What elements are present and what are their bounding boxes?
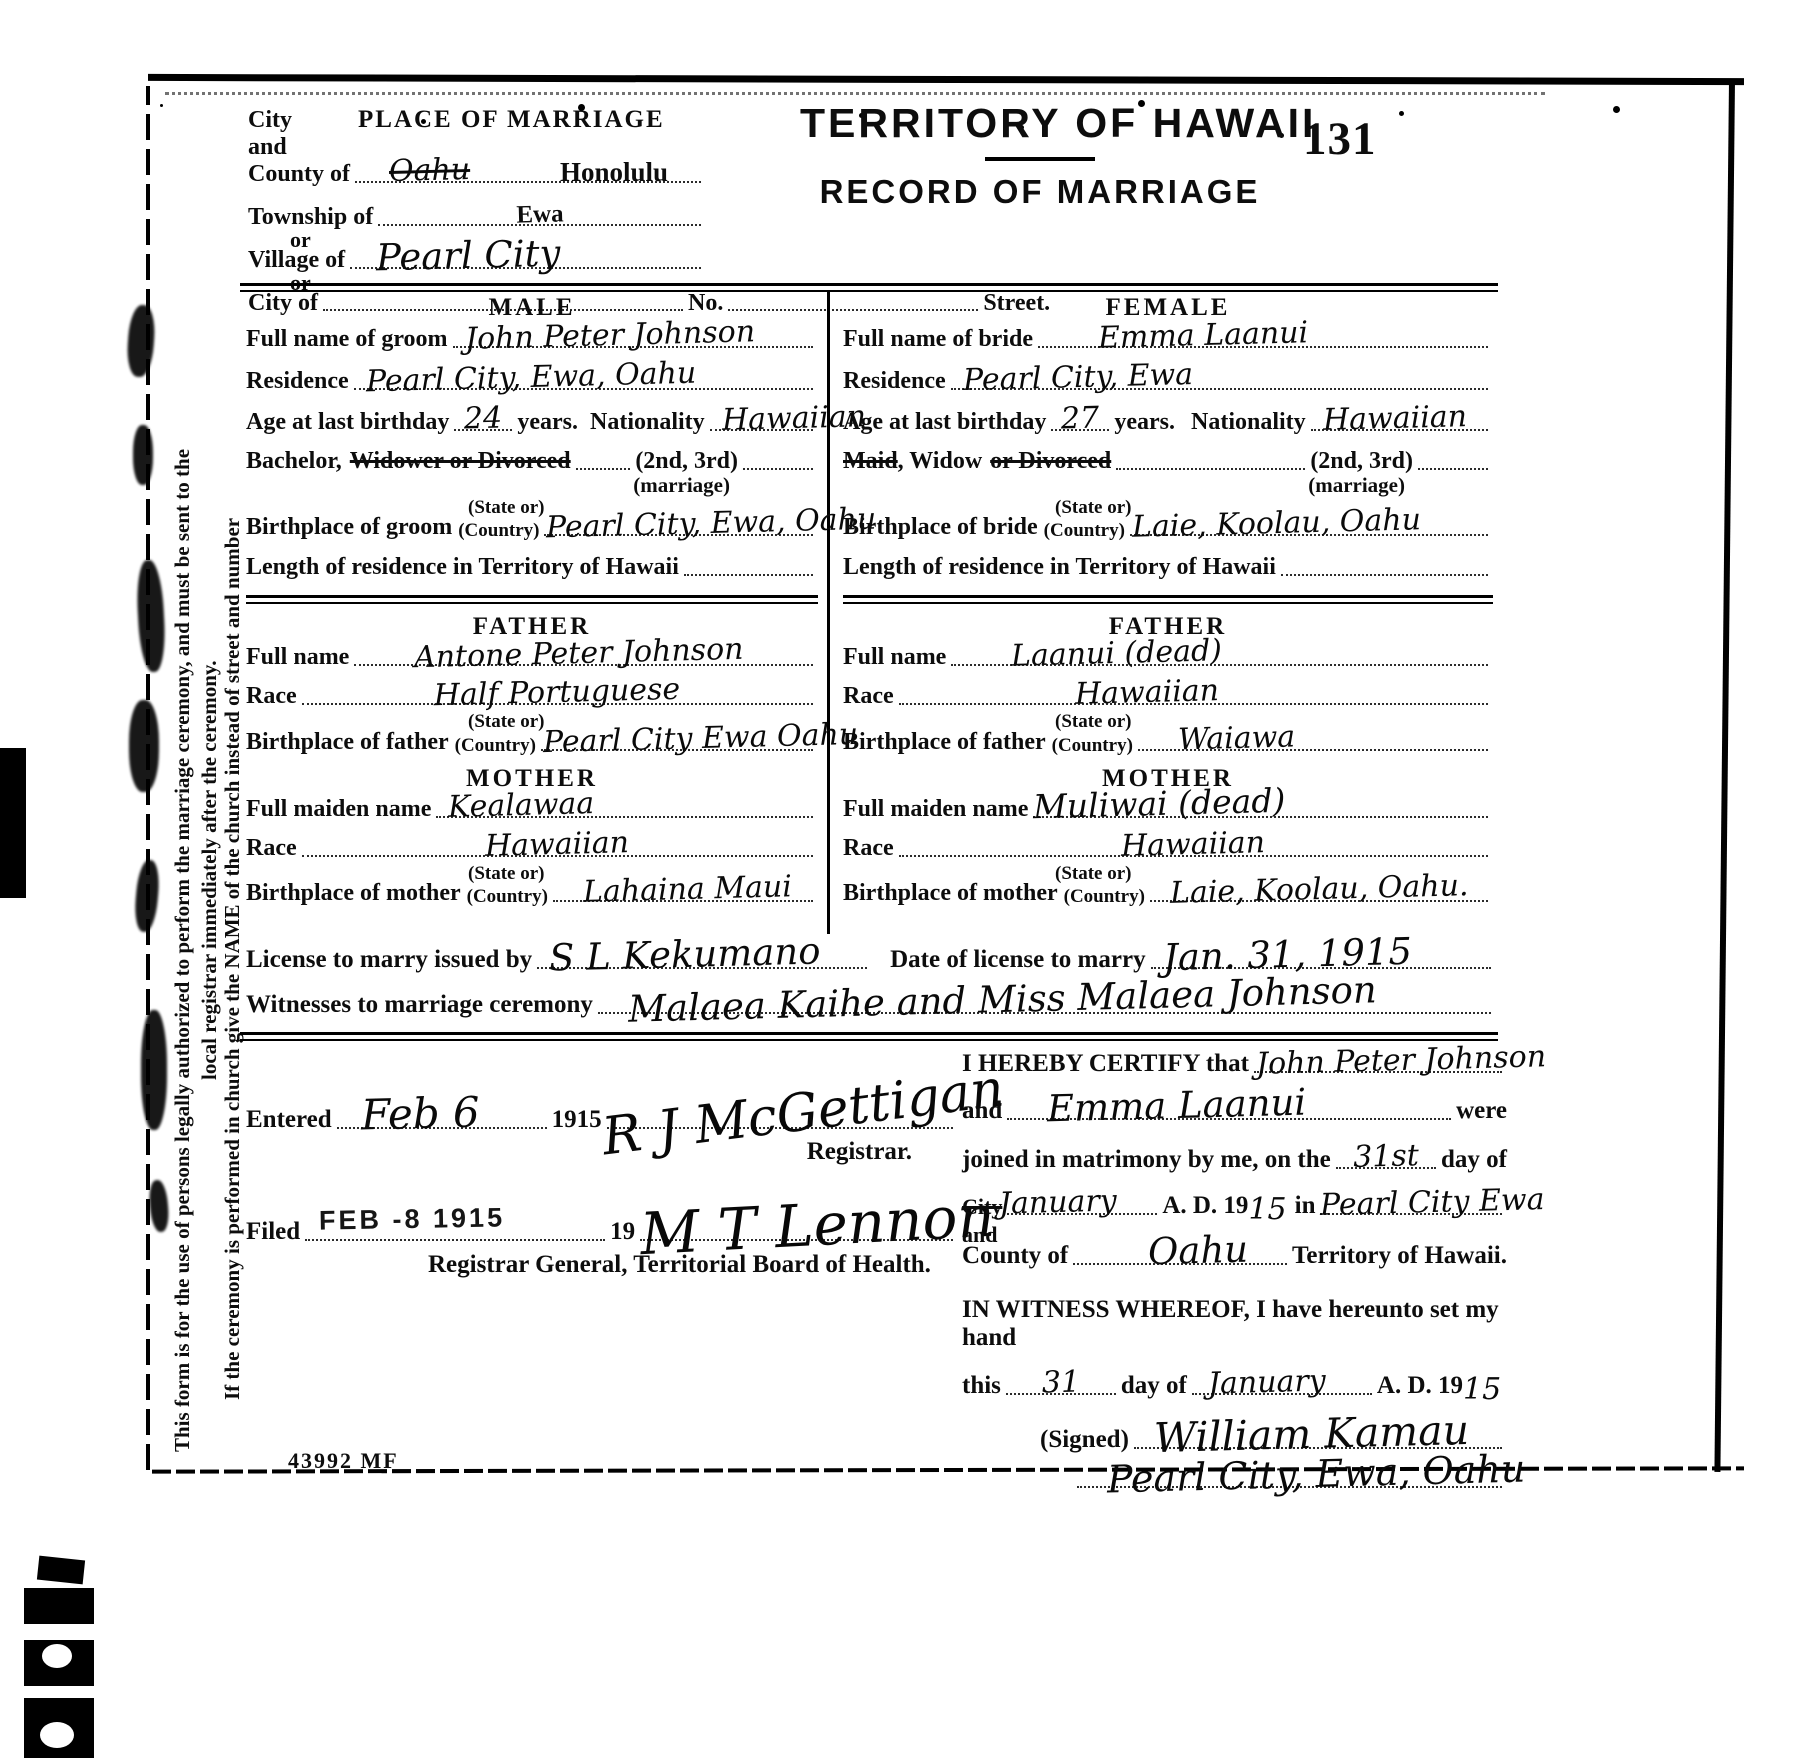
bride-father-name-handwriting: Laanui (dead) xyxy=(1011,633,1223,674)
record-title: RECORD OF MARRIAGE xyxy=(800,173,1280,211)
county-value: Honolulu xyxy=(560,157,668,188)
bride-father-race-line: Hawaiian xyxy=(899,695,1488,705)
witnesses-label: Witnesses to marriage ceremony xyxy=(246,991,593,1019)
county-line: Oahu Honolulu xyxy=(355,173,701,183)
column-divider xyxy=(827,292,830,934)
bride-status-struck1: Maid xyxy=(843,448,898,475)
this-month-handwriting: January xyxy=(1207,1363,1326,1401)
scanned-marriage-certificate: This form is for the use of persons lega… xyxy=(0,0,1808,1760)
this-year-handwriting: 15 xyxy=(1463,1372,1501,1407)
country-label: (Country) xyxy=(1044,521,1125,541)
entered-signature-line: R J McGettigan xyxy=(607,1119,953,1129)
county-handwriting: Oahu xyxy=(1148,1228,1249,1274)
groom-name-handwriting: John Peter Johnson xyxy=(464,314,755,357)
bride-mother-race-label: Race xyxy=(843,835,894,862)
country-label: (Country) xyxy=(458,521,539,541)
license-issued-label: License to marry issued by xyxy=(246,946,532,974)
ink-smudge xyxy=(133,425,153,485)
bride-father-birthplace-line: Waiawa xyxy=(1138,741,1488,751)
entered-date-handwriting: Feb 6 xyxy=(360,1087,480,1139)
bride-residence-line: Pearl City, Ewa xyxy=(951,380,1488,390)
side-instruction-line1: This form is for the use of persons lega… xyxy=(170,449,195,1452)
certificate-number: 131 xyxy=(1303,112,1377,166)
groom-mother-name-line: Kealawaa xyxy=(436,808,813,818)
entered-label: Entered xyxy=(246,1106,332,1134)
bride-column: FEMALE Full name of bride Emma Laanui Re… xyxy=(843,294,1493,907)
groom-status-kept: Bachelor, xyxy=(246,448,342,475)
bride-mother-name-line: Muliwai (dead) xyxy=(1033,808,1488,818)
joined-day-line: 31st xyxy=(1336,1159,1436,1169)
license-date-line: Jan. 31, 1915 xyxy=(1151,959,1491,969)
filed-label: Filed xyxy=(246,1218,300,1246)
certify-groom-handwriting: John Peter Johnson xyxy=(1255,1039,1546,1082)
groom-age-line: 24 xyxy=(454,421,512,431)
ordinal-label: (2nd, 3rd) xyxy=(1310,448,1413,475)
entered-date-line: Feb 6 xyxy=(337,1119,547,1129)
groom-mother-race-line: Hawaiian xyxy=(302,847,813,857)
certify-and-label: and xyxy=(962,1097,1002,1125)
bride-father-birthplace-label: Birthplace of father xyxy=(843,729,1046,756)
day-of-label: day of xyxy=(1121,1372,1187,1400)
groom-father-name-handwriting: Antone Peter Johnson xyxy=(414,632,744,676)
bride-father-birthplace-handwriting: Waiawa xyxy=(1177,719,1295,757)
groom-mother-birthplace-label: Birthplace of mother xyxy=(246,880,461,907)
country-label: (Country) xyxy=(455,736,536,756)
groom-father-name-label: Full name xyxy=(246,644,349,671)
bride-mother-birthplace-handwriting: Laie, Koolau, Oahu. xyxy=(1169,868,1468,911)
ad-label: A. D. 19 xyxy=(1377,1372,1463,1400)
bride-birthplace-handwriting: Laie, Koolau, Oahu xyxy=(1132,503,1422,546)
signature-line: William Kamau xyxy=(1134,1439,1502,1449)
entered-year: 1915 xyxy=(552,1106,602,1134)
groom-father-birthplace-line: Pearl City Ewa Oahu xyxy=(541,741,813,751)
ink-smudge xyxy=(129,700,159,792)
territory-label: Territory of Hawaii. xyxy=(1292,1242,1507,1270)
groom-name-label: Full name of groom xyxy=(246,326,448,353)
county-line: Oahu xyxy=(1073,1255,1287,1265)
bride-mother-race-handwriting: Hawaiian xyxy=(1121,825,1266,864)
month-handwriting: January xyxy=(999,1183,1118,1221)
year-handwriting: 15 xyxy=(1248,1192,1286,1227)
filed-date-line: FEB -8 1915 xyxy=(305,1231,605,1241)
village-line: Pearl City xyxy=(350,259,701,269)
groom-mother-birthplace-line: Lahaina Maui xyxy=(553,892,813,902)
were-label: were xyxy=(1456,1097,1507,1125)
bride-mother-race-line: Hawaiian xyxy=(899,847,1488,857)
bride-mother-name-label: Full maiden name xyxy=(843,796,1028,823)
bride-status-kept: , Widow xyxy=(898,448,982,475)
groom-status-line xyxy=(576,460,631,470)
paper-border-top xyxy=(148,74,1744,85)
certify-groom-line: John Peter Johnson xyxy=(1254,1063,1502,1073)
country-label: (Country) xyxy=(1064,887,1145,907)
bride-age-line: 27 xyxy=(1051,421,1109,431)
country-label: (Country) xyxy=(1052,736,1133,756)
this-day-handwriting: 31 xyxy=(1041,1365,1080,1401)
city-word-struck: City xyxy=(962,1195,1002,1220)
license-issued-line: S L Kekumano xyxy=(537,959,867,969)
ink-smudge xyxy=(133,859,161,933)
this-day-line: 31 xyxy=(1006,1385,1116,1395)
groom-mother-name-label: Full maiden name xyxy=(246,796,431,823)
paper-border-right xyxy=(1714,80,1735,1472)
groom-length-line xyxy=(684,566,813,576)
groom-section-rule xyxy=(246,595,818,604)
certify-bride-line: Emma Laanui xyxy=(1007,1110,1451,1120)
groom-residence-label: Residence xyxy=(246,368,349,395)
groom-name-line: John Peter Johnson xyxy=(453,338,813,348)
years-label: years. xyxy=(1114,409,1175,436)
bride-status-struck2: or Divorced xyxy=(990,448,1111,475)
rule-above-registration xyxy=(240,1032,1498,1041)
place-heading: PLACE OF MARRIAGE xyxy=(358,106,665,134)
township-value: Ewa xyxy=(516,200,564,229)
bride-residence-label: Residence xyxy=(843,368,946,395)
groom-residence-line: Pearl City, Ewa, Oahu xyxy=(354,380,813,390)
license-issued-handwriting: S L Kekumano xyxy=(549,929,822,979)
groom-length-label: Length of residence in Territory of Hawa… xyxy=(246,554,679,581)
ad-label: A. D. 19 xyxy=(1162,1192,1248,1220)
bride-status-line xyxy=(1116,460,1305,470)
bride-mother-birthplace-label: Birthplace of mother xyxy=(843,880,1058,907)
territory-title: TERRITORY OF HAWAII xyxy=(800,100,1280,147)
city-word: City xyxy=(248,107,292,134)
license-date-label: Date of license to marry xyxy=(890,946,1145,974)
groom-father-race-handwriting: Half Portuguese xyxy=(434,672,681,713)
bride-age-label: Age at last birthday xyxy=(843,409,1046,436)
filed-year-prefix: 19 xyxy=(610,1218,635,1246)
in-label: in xyxy=(1295,1192,1316,1220)
certify-label: I HEREBY CERTIFY that xyxy=(962,1050,1249,1078)
ink-smudge xyxy=(126,304,157,378)
bride-section-rule xyxy=(843,595,1493,604)
cert-place-line: Pearl City Ewa xyxy=(1320,1205,1502,1215)
certification-section: I HEREBY CERTIFY that John Peter Johnson… xyxy=(962,1050,1507,1493)
bride-residence-handwriting: Pearl City, Ewa xyxy=(962,357,1193,398)
groom-nationality-label: Nationality xyxy=(590,409,705,436)
groom-nationality-line: Hawaiian xyxy=(710,421,813,431)
bride-length-line xyxy=(1281,566,1488,576)
form-code: 43992 MF xyxy=(288,1448,399,1474)
bride-name-handwriting: Emma Laanui xyxy=(1098,315,1309,355)
side-instruction-line3: If the ceremony is performed in church g… xyxy=(220,518,245,1400)
bride-mother-name-handwriting: Muliwai (dead) xyxy=(1033,780,1286,826)
this-label: this xyxy=(962,1372,1001,1400)
groom-mother-birthplace-handwriting: Lahaina Maui xyxy=(582,870,792,910)
county-struck-handwriting: Oahu xyxy=(389,152,471,189)
groom-father-birthplace-label: Birthplace of father xyxy=(246,729,449,756)
bride-name-line: Emma Laanui xyxy=(1038,338,1488,348)
groom-status-struck: Widower or Divorced xyxy=(350,448,571,475)
signed-label: (Signed) xyxy=(1040,1426,1129,1454)
signature-place-line: Pearl City, Ewa, Oahu xyxy=(1077,1478,1502,1488)
groom-mother-race-label: Race xyxy=(246,835,297,862)
county-of-label: County of xyxy=(962,1242,1068,1270)
groom-father-name-line: Antone Peter Johnson xyxy=(354,656,813,666)
bride-nationality-line: Hawaiian xyxy=(1311,421,1488,431)
side-instruction-line2: local registrar immediately after the ce… xyxy=(197,661,222,1080)
groom-mother-name-handwriting: Kealawaa xyxy=(448,786,595,825)
years-label: years. xyxy=(517,409,578,436)
this-month-line: January xyxy=(1192,1385,1372,1395)
joined-day-handwriting: 31st xyxy=(1353,1138,1420,1175)
certify-bride-handwriting: Emma Laanui xyxy=(1047,1081,1307,1131)
registration-section: Entered Feb 6 1915 R J McGettigan Regist… xyxy=(246,1078,958,1279)
marriage-paren-label: (marriage) xyxy=(843,474,1405,496)
scan-speckles xyxy=(160,104,163,107)
county-of-label: County of xyxy=(248,161,350,188)
rule-top xyxy=(240,283,1498,292)
groom-ordinal-line xyxy=(743,460,813,470)
witnesses-line: Malaea Kaihe and Miss Malaea Johnson xyxy=(598,1004,1491,1014)
month-line: January xyxy=(1007,1205,1157,1215)
joined-label: joined in matrimony by me, on the xyxy=(962,1146,1331,1174)
witness-whereof-label: IN WITNESS WHEREOF, I have hereunto set … xyxy=(962,1296,1507,1352)
paper-border-top-speckle xyxy=(165,92,1545,95)
marriage-paren-label: (marriage) xyxy=(246,474,730,496)
groom-father-birthplace-handwriting: Pearl City Ewa Oahu xyxy=(543,717,859,760)
groom-father-race-line: Half Portuguese xyxy=(302,695,813,705)
groom-residence-handwriting: Pearl City, Ewa, Oahu xyxy=(365,355,696,399)
ordinal-label: (2nd, 3rd) xyxy=(635,448,738,475)
bride-nationality-label: Nationality xyxy=(1191,409,1306,436)
township-line: Ewa xyxy=(378,216,701,226)
bride-ordinal-line xyxy=(1418,460,1488,470)
groom-birthplace-line: Pearl City, Ewa, Oahu xyxy=(544,526,813,536)
bride-mother-birthplace-line: Laie, Koolau, Oahu. xyxy=(1150,892,1488,902)
groom-column: MALE Full name of groom John Peter Johns… xyxy=(246,294,818,907)
ink-smudge xyxy=(148,1179,170,1232)
bride-birthplace-line: Laie, Koolau, Oahu xyxy=(1130,526,1488,536)
day-of-label: day of xyxy=(1441,1146,1507,1174)
bride-father-race-label: Race xyxy=(843,683,894,710)
female-heading: FEMALE xyxy=(843,294,1493,322)
ink-smudge xyxy=(135,559,167,672)
registrar-label: Registrar. xyxy=(246,1138,912,1166)
groom-father-race-label: Race xyxy=(246,683,297,710)
bride-age-handwriting: 27 xyxy=(1061,400,1100,436)
title-divider xyxy=(985,157,1095,161)
bride-father-name-line: Laanui (dead) xyxy=(951,656,1488,666)
bride-father-race-handwriting: Hawaiian xyxy=(1075,673,1220,712)
witnesses-handwriting: Malaea Kaihe and Miss Malaea Johnson xyxy=(627,968,1377,1031)
license-section: License to marry issued by S L Kekumano … xyxy=(246,946,1496,1019)
village-value-handwriting: Pearl City xyxy=(376,231,561,279)
groom-mother-race-handwriting: Hawaiian xyxy=(485,825,630,864)
film-strip-nub xyxy=(37,1556,85,1585)
bride-birthplace-label: Birthplace of bride xyxy=(843,514,1038,541)
filed-date-stamp: FEB -8 1915 xyxy=(319,1202,506,1236)
bride-name-label: Full name of bride xyxy=(843,326,1033,353)
ink-smudge xyxy=(141,1010,167,1130)
bride-nationality-handwriting: Hawaiian xyxy=(1322,399,1467,438)
bride-length-label: Length of residence in Territory of Hawa… xyxy=(843,554,1276,581)
groom-birthplace-label: Birthplace of groom xyxy=(246,514,452,541)
filed-signature-line: M T Lennon xyxy=(640,1231,953,1241)
left-edge-mark xyxy=(0,748,26,898)
country-label: (Country) xyxy=(467,887,548,907)
groom-age-label: Age at last birthday xyxy=(246,409,449,436)
film-strip-artifact xyxy=(24,1588,94,1758)
document-title-block: TERRITORY OF HAWAII RECORD OF MARRIAGE xyxy=(800,100,1280,211)
cert-place-handwriting: Pearl City Ewa xyxy=(1320,1182,1545,1223)
groom-age-handwriting: 24 xyxy=(464,400,503,436)
bride-father-name-label: Full name xyxy=(843,644,946,671)
